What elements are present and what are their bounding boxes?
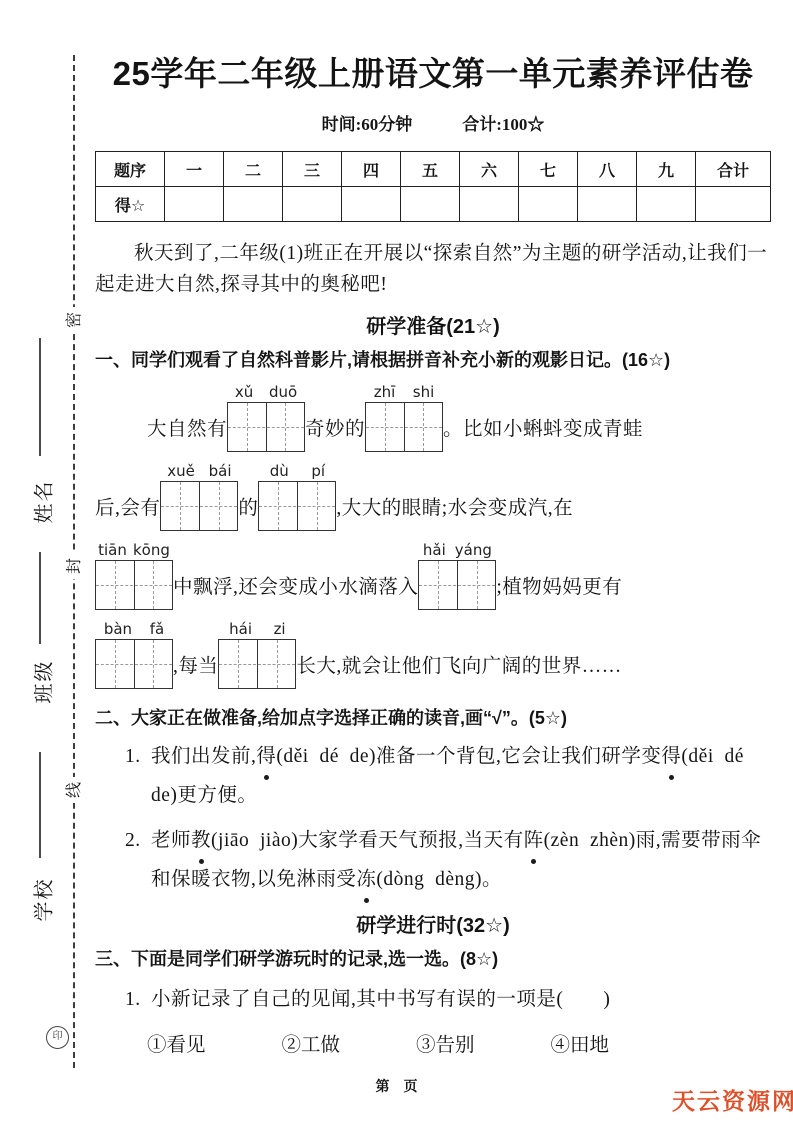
pinyin-writing-box: bànfǎ: [95, 620, 173, 689]
pinyin-syllable: xuě: [167, 462, 195, 481]
watermark-text: 天云资源网: [672, 1083, 793, 1116]
dotted-char: 得: [256, 737, 276, 776]
pinyin-label: hǎiyáng: [418, 541, 496, 560]
score-table-header-row: 题序一二三四五六七八九合计: [96, 152, 771, 187]
seal-char-mi: 密: [65, 307, 85, 333]
text-run: (děi dé de)准备一个背包,它会让我们研学变: [276, 746, 661, 767]
line-text: 的: [238, 492, 258, 531]
dotted-char: 得: [661, 737, 681, 776]
pinyin-label: háizi: [218, 620, 296, 639]
section-1-title: 研学准备(21☆): [95, 310, 771, 339]
writing-cell: [135, 561, 173, 609]
pinyin-syllable: shi: [413, 383, 435, 402]
score-cell-empty: [578, 187, 637, 222]
pinyin-syllable: xǔ: [235, 383, 253, 402]
question-2-items: 1.我们出发前,得(děi dé de)准备一个背包,它会让我们研学变得(děi…: [95, 737, 771, 899]
writing-cell: [228, 403, 267, 451]
fill-in-line: 大自然有xǔduō奇妙的zhīshi。比如小蝌蚪变成青蛙: [95, 383, 771, 452]
score-cell-empty: [696, 187, 771, 222]
text-run: (jiāo jiào)大家学看天气预报,当天有: [211, 830, 524, 851]
pinyin-label: xuěbái: [160, 462, 238, 481]
text-run: 我们出发前,: [151, 746, 256, 767]
line-text: 。比如小蝌蚪变成青蛙: [443, 413, 643, 452]
score-row-label: 得☆: [96, 187, 165, 222]
pinyin-syllable: yáng: [455, 541, 492, 560]
exam-meta: 时间:60分钟 合计:100☆: [95, 110, 771, 135]
pinyin-syllable: tiān: [98, 541, 127, 560]
pinyin-syllable: duō: [269, 383, 297, 402]
line-text: 大自然有: [147, 413, 227, 452]
score-cell-empty: [165, 187, 224, 222]
pinyin-syllable: fǎ: [150, 620, 164, 639]
pinyin-label: dùpí: [258, 462, 336, 481]
writing-grid: [258, 481, 336, 531]
score-table-col-header: 二: [224, 152, 283, 187]
seal-char-xian: 线: [65, 777, 85, 803]
writing-grid: [95, 560, 173, 610]
writing-grid: [418, 560, 496, 610]
pinyin-syllable: bái: [209, 462, 232, 481]
writing-grid: [365, 402, 443, 452]
question-3-item: 1. 小新记录了自己的见闻,其中书写有误的一项是( ): [95, 980, 771, 1019]
score-table-col-header: 四: [342, 152, 401, 187]
question-item: 2.老师教(jiāo jiào)大家学看天气预报,当天有阵(zèn zhèn)雨…: [95, 821, 771, 899]
score-table-value-row: 得☆: [96, 187, 771, 222]
line-text: ,大大的眼睛;水会变成汽,在: [336, 492, 573, 531]
item-number: 2.: [125, 821, 141, 860]
pinyin-syllable: kōng: [133, 541, 170, 560]
dotted-char: 教: [191, 821, 211, 860]
fill-in-line: 后,会有xuěbái的dùpí,大大的眼睛;水会变成汽,在: [95, 462, 771, 531]
question-1-stem: 一、同学们观看了自然科普影片,请根据拼音补充小新的观影日记。(16☆): [95, 347, 771, 373]
answer-option: ④田地: [551, 1029, 610, 1057]
text-run: (dòng dèng)。: [376, 869, 502, 890]
score-cell-empty: [460, 187, 519, 222]
writing-grid: [227, 402, 305, 452]
item-text: 老师教(jiāo jiào)大家学看天气预报,当天有阵(zèn zhèn)雨,需…: [151, 830, 761, 890]
score-table-col-header: 七: [519, 152, 578, 187]
name-field-label: 姓名: [28, 457, 57, 547]
pinyin-writing-box: xǔduō: [227, 383, 305, 452]
line-text: 奇妙的: [305, 413, 365, 452]
intro-paragraph: 秋天到了,二年级(1)班正在开展以“探索自然”为主题的研学活动,让我们一起走进大…: [95, 238, 771, 300]
time-limit-label: 时间:60分钟: [322, 110, 413, 135]
pinyin-label: xǔduō: [227, 383, 305, 402]
section-2-title: 研学进行时(32☆): [95, 909, 771, 938]
class-blank-line: [39, 552, 41, 644]
score-table-col-header: 八: [578, 152, 637, 187]
question-item: 1.我们出发前,得(děi dé de)准备一个背包,它会让我们研学变得(děi…: [95, 737, 771, 815]
score-table-col-header: 一: [165, 152, 224, 187]
score-table-corner: 题序: [96, 152, 165, 187]
pinyin-syllable: zhī: [374, 383, 396, 402]
score-cell-empty: [283, 187, 342, 222]
writing-cell: [419, 561, 458, 609]
question-2-stem: 二、大家正在做准备,给加点字选择正确的读音,画“√”。(5☆): [95, 705, 771, 731]
item-number: 1.: [125, 737, 141, 776]
answer-option: ②工做: [282, 1029, 341, 1057]
pinyin-syllable: dù: [270, 462, 289, 481]
pinyin-label: tiānkōng: [95, 541, 173, 560]
school-field-label: 学校: [28, 855, 57, 945]
exam-page: 25学年二年级上册语文第一单元素养评估卷 时间:60分钟 合计:100☆ 题序一…: [95, 38, 771, 1057]
question-1-fill-lines: 大自然有xǔduō奇妙的zhīshi。比如小蝌蚪变成青蛙后,会有xuěbái的d…: [95, 383, 771, 689]
writing-cell: [200, 482, 238, 530]
pinyin-writing-box: hǎiyáng: [418, 541, 496, 610]
score-table: 题序一二三四五六七八九合计 得☆: [95, 151, 771, 222]
writing-cell: [298, 482, 336, 530]
item-text: 小新记录了自己的见闻,其中书写有误的一项是( ): [151, 989, 610, 1010]
pinyin-writing-box: dùpí: [258, 462, 336, 531]
pinyin-label: bànfǎ: [95, 620, 173, 639]
writing-cell: [458, 561, 496, 609]
score-cell-empty: [401, 187, 460, 222]
item-number: 1.: [125, 980, 141, 1019]
writing-cell: [96, 640, 135, 688]
answer-option: ①看见: [147, 1029, 206, 1057]
line-text: ;植物妈妈更有: [496, 571, 622, 610]
pinyin-syllable: hǎi: [423, 541, 446, 560]
pinyin-syllable: zi: [274, 620, 286, 639]
fill-in-line: bànfǎ,每当háizi长大,就会让他们飞向广阔的世界……: [95, 620, 771, 689]
line-text: 长大,就会让他们飞向广阔的世界……: [296, 650, 621, 689]
name-blank-line: [39, 338, 41, 456]
score-table-col-header: 三: [283, 152, 342, 187]
score-cell-empty: [637, 187, 696, 222]
class-field-label: 班级: [28, 637, 57, 727]
item-text: 我们出发前,得(děi dé de)准备一个背包,它会让我们研学变得(děi d…: [151, 746, 755, 806]
total-score-label: 合计:100☆: [462, 110, 544, 135]
line-text: ,每当: [173, 650, 218, 689]
score-table-col-header: 九: [637, 152, 696, 187]
score-cell-empty: [342, 187, 401, 222]
answer-option: ③告别: [416, 1029, 475, 1057]
question-3-stem: 三、下面是同学们研学游玩时的记录,选一选。(8☆): [95, 946, 771, 972]
writing-cell: [366, 403, 405, 451]
writing-cell: [96, 561, 135, 609]
pinyin-writing-box: xuěbái: [160, 462, 238, 531]
score-cell-empty: [224, 187, 283, 222]
score-table-col-header: 合计: [696, 152, 771, 187]
seal-stamp-icon: 印: [46, 1026, 69, 1049]
pinyin-writing-box: zhīshi: [365, 383, 443, 452]
writing-cell: [219, 640, 258, 688]
score-table-col-header: 六: [460, 152, 519, 187]
writing-cell: [258, 640, 296, 688]
school-blank-line: [39, 752, 41, 858]
writing-cell: [259, 482, 298, 530]
score-cell-empty: [519, 187, 578, 222]
pinyin-syllable: bàn: [104, 620, 132, 639]
pinyin-writing-box: háizi: [218, 620, 296, 689]
fill-in-line: tiānkōng中飘浮,还会变成小水滴落入hǎiyáng;植物妈妈更有: [95, 541, 771, 610]
line-text: 中飘浮,还会变成小水滴落入: [173, 571, 418, 610]
writing-cell: [267, 403, 305, 451]
writing-grid: [218, 639, 296, 689]
pinyin-syllable: pí: [311, 462, 325, 481]
exam-title: 25学年二年级上册语文第一单元素养评估卷: [95, 48, 771, 95]
dotted-char: 阵: [524, 821, 544, 860]
dotted-char: 冻: [356, 860, 376, 899]
score-table-col-header: 五: [401, 152, 460, 187]
text-run: 老师: [151, 830, 191, 851]
writing-cell: [161, 482, 200, 530]
seal-char-feng: 封: [65, 553, 85, 579]
writing-cell: [135, 640, 173, 688]
pinyin-syllable: hái: [229, 620, 252, 639]
writing-grid: [95, 639, 173, 689]
writing-grid: [160, 481, 238, 531]
writing-cell: [405, 403, 443, 451]
pinyin-label: zhīshi: [365, 383, 443, 402]
question-3-options: ①看见②工做③告别④田地: [95, 1029, 771, 1057]
pinyin-writing-box: tiānkōng: [95, 541, 173, 610]
line-text: 后,会有: [95, 492, 160, 531]
